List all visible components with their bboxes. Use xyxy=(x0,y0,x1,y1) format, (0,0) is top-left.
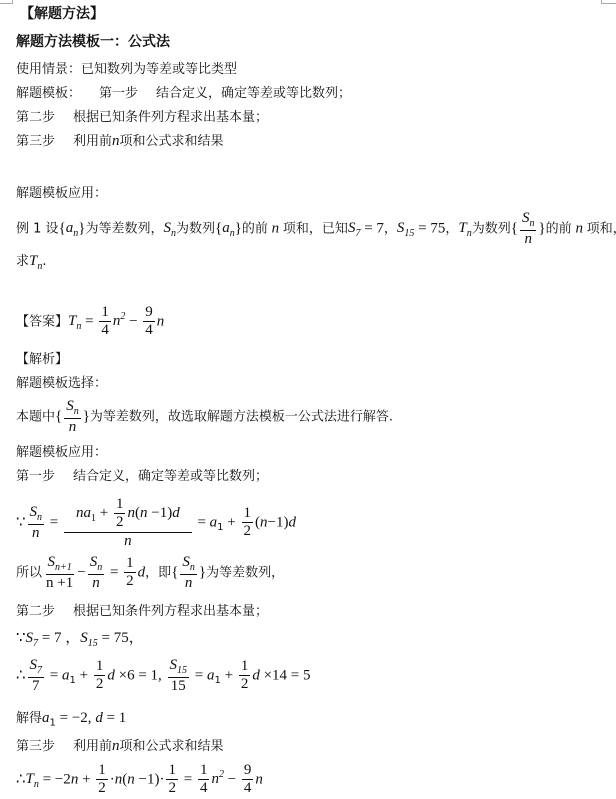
text: ， xyxy=(384,221,397,236)
step-label: 第一步 xyxy=(99,86,138,101)
solution-step2: 第二步根据已知条件列方程求出基本量； xyxy=(16,600,268,619)
text: . xyxy=(42,254,46,269)
step-text: 利用前 xyxy=(73,739,112,754)
text: 项和，已知 xyxy=(283,221,348,236)
text: 项和， xyxy=(587,221,616,236)
text: 求 xyxy=(16,254,29,269)
text: ，即 xyxy=(145,565,171,580)
application-heading: 解题模板应用： xyxy=(16,182,107,201)
page-corner-mark xyxy=(0,0,13,4)
text: 所以 xyxy=(16,565,42,580)
text: 为等差数列， xyxy=(206,565,284,580)
text: 为等差数列，故选取解题方法模板一公式法进行解答. xyxy=(90,409,393,424)
formula-final: ∴Tn = −2n + 12·n(n −1)·12 = 14n2 − 94n xyxy=(16,762,263,798)
example-problem: 例 1 设{an}为等差数列，Sn为数列{an}的前 n 项和，已知S7 = 7… xyxy=(16,210,616,248)
step-text: 结合定义，确定等差或等比数列； xyxy=(156,86,351,101)
step-label: 第二步 xyxy=(16,604,55,619)
analysis-label: 【解析】 xyxy=(16,348,68,367)
text: 设 xyxy=(46,221,59,236)
step-label: 第一步 xyxy=(16,469,55,484)
text: 解得 xyxy=(16,711,42,726)
text: 为等差数列， xyxy=(85,221,163,236)
solution-step1: 第一步结合定义，确定等差或等比数列； xyxy=(16,465,268,484)
step-text: 项和公式求和结果 xyxy=(120,134,224,149)
step-label: 第二步 xyxy=(16,110,55,125)
section-title: 【解题方法】 xyxy=(20,3,104,23)
step-text: 利用前 xyxy=(73,134,112,149)
step-text: 项和公式求和结果 xyxy=(120,739,224,754)
template-step2: 第二步根据已知条件列方程求出基本量； xyxy=(16,106,268,125)
template-step3: 第三步利用前n项和公式求和结果 xyxy=(16,130,224,150)
formula-sn-over-n: ∵Snn = na1 + 12n(n −1)dn = a1 + 12(n−1)d xyxy=(16,496,296,550)
example-label: 例 1 xyxy=(16,221,41,236)
formula-system: ∴S77 = a1 + 12d ×6 = 1, S1515 = a1 + 12d… xyxy=(16,657,311,695)
text: ， xyxy=(445,221,458,236)
text: 为数列 xyxy=(176,221,215,236)
application-heading-2: 解题模板应用： xyxy=(16,441,107,460)
page-corner-mark xyxy=(601,0,616,4)
selection-heading: 解题模板选择： xyxy=(16,372,107,391)
given-values: ∵S7 = 7 ，S15 = 75， xyxy=(16,626,144,649)
step-text: 结合定义，确定等差或等比数列； xyxy=(73,469,268,484)
formula-difference: 所以Sn+1n +1−Snn = 12d，即{Snn}为等差数列， xyxy=(16,554,284,592)
template-step1: 解题模板：第一步结合定义，确定等差或等比数列； xyxy=(16,82,351,101)
solution-step3: 第三步利用前n项和公式求和结果 xyxy=(16,735,224,755)
example-question: 求Tn. xyxy=(16,250,47,272)
answer: 【答案】Tn = 14n2 − 94n xyxy=(16,304,164,340)
step-label: 第三步 xyxy=(16,739,55,754)
template-label: 解题模板： xyxy=(16,86,81,101)
template-title: 解题方法模板一：公式法 xyxy=(16,31,170,51)
selection-text: 本题中{Snn}为等差数列，故选取解题方法模板一公式法进行解答. xyxy=(16,398,393,436)
step-text: 根据已知条件列方程求出基本量； xyxy=(73,604,268,619)
text: 的前 xyxy=(546,221,572,236)
step-text: 根据已知条件列方程求出基本量； xyxy=(73,110,268,125)
text: 为数列 xyxy=(472,221,511,236)
text: 的前 xyxy=(242,221,268,236)
solution-result: 解得a1 = −2, d = 1 xyxy=(16,707,126,729)
usage-scenario: 使用情景：已知数列为等差或等比类型 xyxy=(16,58,237,77)
step-label: 第三步 xyxy=(16,134,55,149)
answer-label: 【答案】 xyxy=(16,314,68,329)
text: 本题中 xyxy=(16,409,55,424)
